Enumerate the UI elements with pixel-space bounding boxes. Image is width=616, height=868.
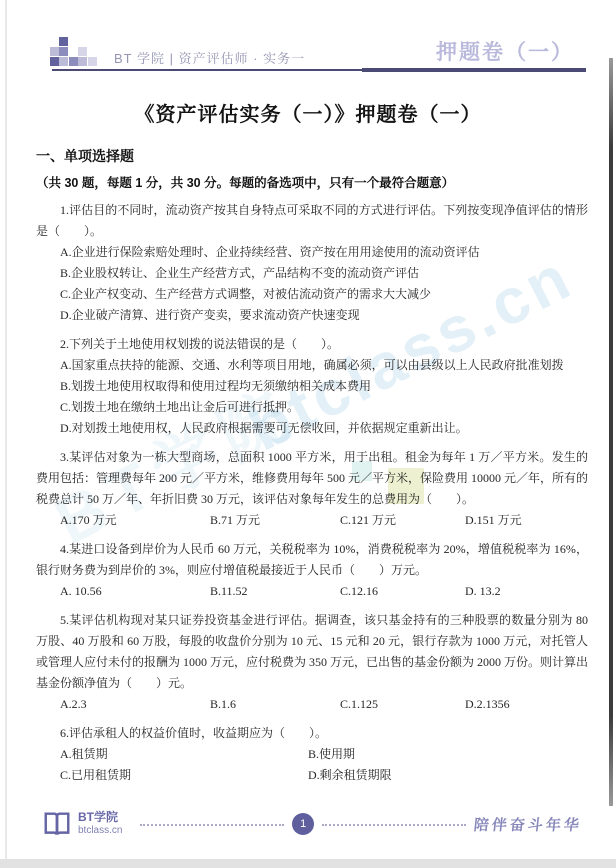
question-2-option-c: C.划拨土地在缴纳土地出让金后可进行抵押。	[36, 397, 588, 418]
question-3-option-b: B.71 万元	[210, 510, 340, 531]
question-2-option-b: B.划拨土地使用权取得和使用过程均无须缴纳相关成本费用	[36, 376, 588, 397]
question-3: 3.某评估对象为一栋大型商场，总面积 1000 平方米，用于出租。租金为每年 1…	[36, 447, 588, 531]
question-3-option-c: C.121 万元	[340, 510, 465, 531]
question-5-option-d: D.2.1356	[465, 694, 510, 715]
section-instructions: （共 30 题，每题 1 分，共 30 分。每题的备选项中，只有一个最符合题意）	[36, 173, 588, 194]
bt-book-logo-icon	[42, 809, 72, 839]
header-brand-text: BT 学院 | 资产评估师 · 实务一	[114, 48, 305, 67]
question-4-option-a: A. 10.56	[60, 581, 210, 602]
question-3-options-row: A.170 万元 B.71 万元 C.121 万元 D.151 万元	[36, 510, 588, 531]
question-3-option-a: A.170 万元	[60, 510, 210, 531]
header-rule	[52, 69, 586, 71]
question-5-option-c: C.1.125	[340, 694, 465, 715]
question-2-stem: 2.下列关于土地使用权划拨的说法错误的是（ ）。	[36, 334, 588, 355]
question-2-option-a: A.国家重点扶持的能源、交通、水利等项目用地，确属必须，可以由县级以上人民政府批…	[36, 355, 588, 376]
footer-slogan: 陪伴奋斗年华	[473, 814, 583, 835]
exam-page: btclass.cn BT学院 BT 学院 | 资产评估师 · 实务一 押题卷（…	[0, 0, 616, 868]
footer-dotted-leader-right	[322, 823, 466, 826]
question-6-options-row-2: C.已用租赁期 D.剩余租赁期限	[36, 765, 588, 786]
question-1-stem: 1.评估目的不同时，流动资产按其自身特点可采取不同的方式进行评估。下列按变现净值…	[36, 200, 588, 242]
question-5-options-row: A.2.3 B.1.6 C.1.125 D.2.1356	[36, 694, 588, 715]
question-1: 1.评估目的不同时，流动资产按其自身特点可采取不同的方式进行评估。下列按变现净值…	[36, 200, 588, 326]
page-edge-left	[5, 0, 7, 868]
question-6-stem: 6.评估承租人的权益价值时，收益期应为（ ）。	[36, 723, 588, 744]
footer-dotted-leader-left	[140, 823, 284, 826]
question-2: 2.下列关于土地使用权划拨的说法错误的是（ ）。 A.国家重点扶持的能源、交通、…	[36, 334, 588, 439]
question-5-option-b: B.1.6	[210, 694, 340, 715]
question-6-option-a: A.租赁期	[60, 744, 308, 765]
question-3-stem: 3.某评估对象为一栋大型商场，总面积 1000 平方米，用于出租。租金为每年 1…	[36, 447, 588, 510]
question-4-option-d: D. 13.2	[465, 581, 501, 602]
question-1-option-a: A.企业进行保险索赔处理时、企业持续经营、资产按在用用途使用的流动资评估	[36, 242, 588, 263]
question-1-option-c: C.企业产权变动、生产经营方式调整，对被估流动资产的需求大大减少	[36, 284, 588, 305]
question-4-options-row: A. 10.56 B.11.52 C.12.16 D. 13.2	[36, 581, 588, 602]
question-6-option-b: B.使用期	[308, 744, 355, 765]
bt-mosaic-logo-icon	[50, 37, 98, 67]
question-4-option-b: B.11.52	[210, 581, 340, 602]
question-6: 6.评估承租人的权益价值时，收益期应为（ ）。 A.租赁期 B.使用期 C.已用…	[36, 723, 588, 786]
page-title: 《资产评估实务（一）》押题卷（一）	[0, 98, 616, 127]
question-6-option-c: C.已用租赁期	[60, 765, 308, 786]
question-4-stem: 4.某进口设备到岸价为人民币 60 万元，关税税率为 10%，消费税税率为 20…	[36, 539, 588, 581]
question-1-option-d: D.企业破产清算、进行资产变卖，要求流动资产快速变现	[36, 305, 588, 326]
footer-brand-block: BT学院 btclass.cn	[78, 811, 122, 837]
exam-content: 一、单项选择题 （共 30 题，每题 1 分，共 30 分。每题的备选项中，只有…	[36, 146, 588, 786]
footer-brand-name: BT学院	[78, 811, 122, 824]
question-3-option-d: D.151 万元	[465, 510, 522, 531]
question-6-option-d: D.剩余租赁期限	[308, 765, 392, 786]
question-6-options-row-1: A.租赁期 B.使用期	[36, 744, 588, 765]
section-heading: 一、单项选择题	[36, 146, 588, 167]
question-1-option-b: B.企业股权转让、企业生产经营方式，产品结构不变的流动资产评估	[36, 263, 588, 284]
question-5-option-a: A.2.3	[60, 694, 210, 715]
question-4-option-c: C.12.16	[340, 581, 465, 602]
question-2-option-d: D.对划拨土地使用权，人民政府根据需要可无偿收回，并依据规定重新出让。	[36, 418, 588, 439]
page-footer: BT学院 btclass.cn 1 陪伴奋斗年华	[42, 804, 582, 844]
question-5: 5.某评估机构现对某只证券投资基金进行评估。据调查，该只基金持有的三种股票的数量…	[36, 610, 588, 715]
question-5-stem: 5.某评估机构现对某只证券投资基金进行评估。据调查，该只基金持有的三种股票的数量…	[36, 610, 588, 694]
page-edge-bottom	[0, 859, 616, 868]
footer-site-url: btclass.cn	[78, 824, 122, 837]
page-number-badge: 1	[292, 813, 314, 835]
page-edge-shadow-right	[609, 58, 613, 806]
question-4: 4.某进口设备到岸价为人民币 60 万元，关税税率为 10%，消费税税率为 20…	[36, 539, 588, 602]
header-paper-label: 押题卷（一）	[436, 36, 574, 66]
